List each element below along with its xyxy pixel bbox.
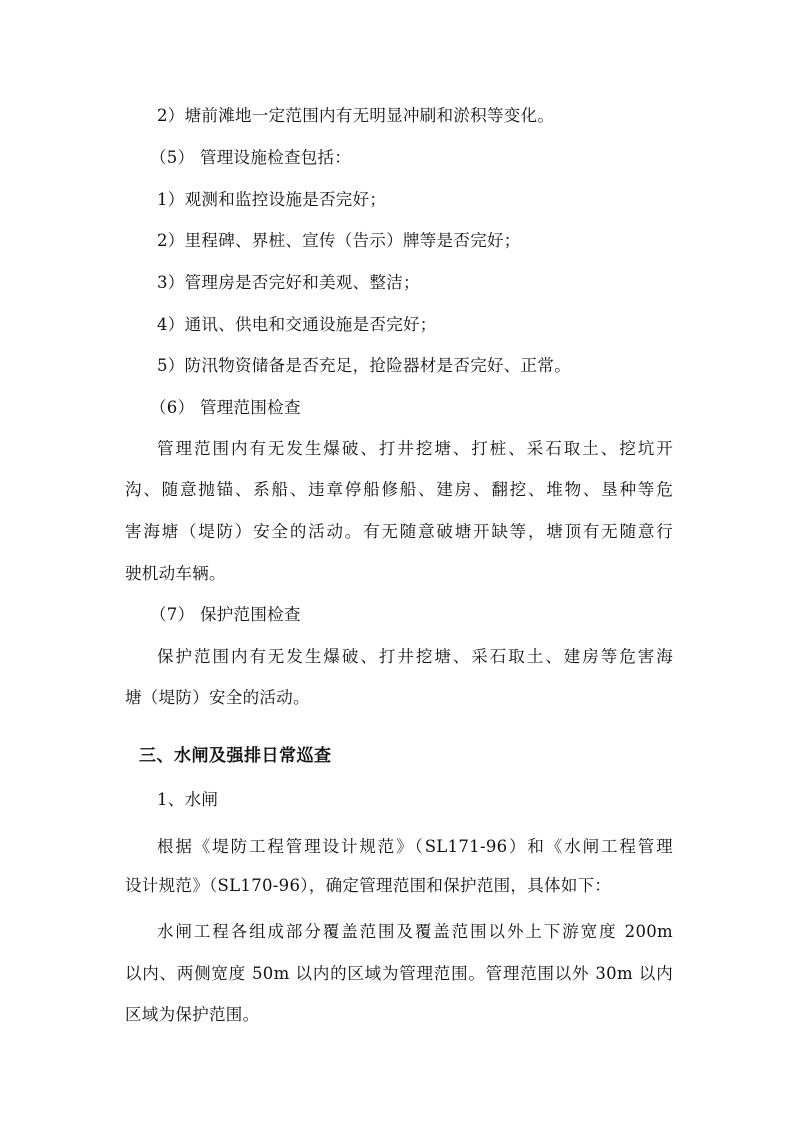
list-item-foreshore-change: 2）塘前滩地一定范围内有无明显冲刷和淤积等变化。 bbox=[157, 106, 554, 126]
paragraph-management-range-line3: 害海塘（堤防）安全的活动。有无随意破塘开缺等，塘顶有无随意行 bbox=[125, 522, 673, 542]
paragraph-standards-line2: 设计规范》（SL170-96），确定管理范围和保护范围，具体如下： bbox=[125, 876, 611, 896]
paragraph-sluice-range-line2: 以内、两侧宽度 50m 以内的区域为管理范围。管理范围以外 30m 以内 bbox=[125, 964, 673, 984]
paragraph-standards-line1: 根据《堤防工程管理设计规范》（SL171-96）和《水闸工程管理 bbox=[157, 837, 673, 857]
section-heading-sluice-inspection: 三、水闸及强排日常巡查 bbox=[139, 741, 332, 766]
paragraph-sluice-range-line3: 区域为保护范围。 bbox=[125, 1005, 259, 1025]
section-6-title: （6） 管理范围检查 bbox=[150, 398, 301, 418]
section-5-title: （5） 管理设施检查包括： bbox=[150, 148, 351, 168]
list-item-management-house: 3）管理房是否完好和美观、整洁； bbox=[157, 273, 420, 293]
subsection-sluice-title: 1、水闸 bbox=[157, 790, 218, 810]
paragraph-protection-range-line1: 保护范围内有无发生爆破、打井挖塘、采石取土、建房等危害海 bbox=[157, 647, 673, 667]
section-7-title: （7） 保护范围检查 bbox=[150, 605, 301, 625]
list-item-milestones: 2）里程碑、界桩、宣传（告示）牌等是否完好； bbox=[157, 231, 521, 251]
paragraph-management-range-line2: 沟、随意抛锚、系船、违章停船修船、建房、翻挖、堆物、垦种等危 bbox=[125, 480, 673, 500]
paragraph-management-range-line1: 管理范围内有无发生爆破、打井挖塘、打桩、采石取土、挖坑开 bbox=[157, 439, 673, 459]
list-item-flood-supplies: 5）防汛物资储备是否充足，抢险器材是否完好、正常。 bbox=[157, 356, 571, 376]
paragraph-protection-range-line2: 塘（堤防）安全的活动。 bbox=[125, 688, 310, 708]
paragraph-management-range-line4: 驶机动车辆。 bbox=[125, 564, 226, 584]
list-item-monitoring: 1）观测和监控设施是否完好； bbox=[157, 190, 386, 210]
paragraph-sluice-range-line1: 水闸工程各组成部分覆盖范围及覆盖范围以外上下游宽度 200m bbox=[157, 922, 673, 942]
list-item-communication: 4）通讯、供电和交通设施是否完好； bbox=[157, 315, 437, 335]
document-page: 2）塘前滩地一定范围内有无明显冲刷和淤积等变化。 （5） 管理设施检查包括： 1… bbox=[0, 0, 793, 1122]
